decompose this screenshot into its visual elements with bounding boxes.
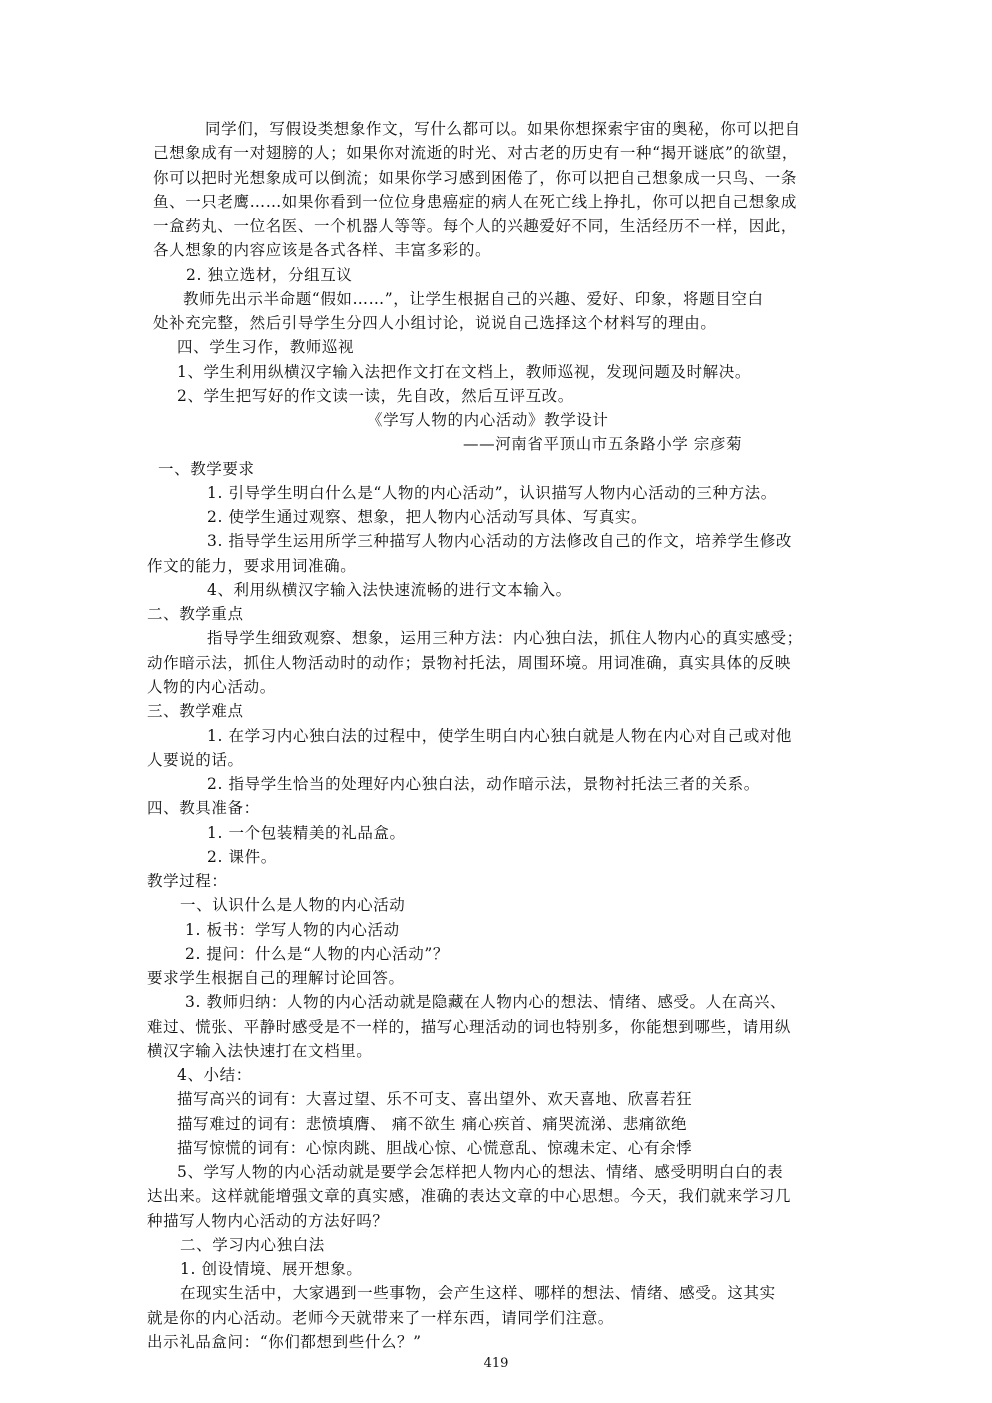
- text-line: 2. 提问：什么是“人物的内心活动”？: [185, 943, 449, 965]
- text-line: 人要说的话。: [147, 749, 244, 771]
- text-line: 1. 板书：学写人物的内心活动: [185, 919, 400, 941]
- text-line: 《学写人物的内心活动》教学设计: [367, 409, 609, 431]
- text-line: 要求学生根据自己的理解讨论回答。: [147, 967, 405, 989]
- text-line: 2、学生把写好的作文读一读，先自改，然后互评互改。: [177, 385, 574, 407]
- text-line: 四、教具准备：: [147, 797, 260, 819]
- text-line: 2. 指导学生恰当的处理好内心独白法，动作暗示法，景物衬托法三者的关系。: [207, 773, 760, 795]
- text-line: 教学过程：: [147, 870, 228, 892]
- text-line: 3. 指导学生运用所学三种描写人物内心活动的方法修改自己的作文，培养学生修改: [207, 530, 792, 552]
- text-line: 横汉字输入法快速打在文档里。: [147, 1040, 372, 1062]
- text-line: 描写难过的词有：悲愤填膺、 痛不欲生 痛心疾首、痛哭流涕、悲痛欲绝: [177, 1113, 687, 1135]
- text-line: 教师先出示半命题“假如……”，让学生根据自己的兴趣、爱好、印象，将题目空白: [183, 288, 764, 310]
- text-line: 指导学生细致观察、想象，运用三种方法：内心独白法，抓住人物内心的真实感受；: [207, 627, 803, 649]
- text-line: 处补充完整，然后引导学生分四人小组讨论，说说自己选择这个材料写的理由。: [153, 312, 717, 334]
- text-line: 同学们，写假设类想象作文，写什么都可以。如果你想探索宇宙的奥秘，你可以把自: [205, 118, 801, 140]
- text-line: 4、利用纵横汉字输入法快速流畅的进行文本输入。: [207, 579, 572, 601]
- text-line: 己想象成有一对翅膀的人；如果你对流逝的时光、对古老的历史有一种“揭开谜底”的欲望…: [153, 142, 798, 164]
- text-line: 1. 一个包装精美的礼品盒。: [207, 822, 406, 844]
- text-line: 在现实生活中，大家遇到一些事物，会产生这样、哪样的想法、情绪、感受。这其实: [180, 1282, 776, 1304]
- text-line: 1、学生利用纵横汉字输入法把作文打在文档上，教师巡视，发现问题及时解决。: [177, 361, 751, 383]
- text-line: 一盒药丸、一位名医、一个机器人等等。每个人的兴趣爱好不同，生活经历不一样，因此，: [153, 215, 797, 237]
- text-line: 一、认识什么是人物的内心活动: [180, 894, 405, 916]
- text-line: 人物的内心活动。: [147, 676, 276, 698]
- text-line: 4、小结：: [177, 1064, 252, 1086]
- text-line: 3. 教师归纳：人物的内心活动就是隐藏在人物内心的想法、情绪、感受。人在高兴、: [185, 991, 786, 1013]
- text-line: 动作暗示法，抓住人物活动时的动作；景物衬托法，周围环境。用词准确，真实具体的反映: [147, 652, 791, 674]
- text-line: 二、学习内心独白法: [180, 1234, 325, 1256]
- text-line: 一、教学要求: [158, 458, 255, 480]
- text-line: 各人想象的内容应该是各式各样、丰富多彩的。: [153, 239, 491, 261]
- text-line: 二、教学重点: [147, 603, 244, 625]
- text-line: 1. 引导学生明白什么是“人物的内心活动”，认识描写人物内心活动的三种方法。: [207, 482, 777, 504]
- text-line: 描写高兴的词有：大喜过望、乐不可支、喜出望外、欢天喜地、欣喜若狂: [177, 1088, 692, 1110]
- page-number: 419: [0, 1356, 992, 1371]
- text-line: 出示礼品盒问：“你们都想到些什么？”: [147, 1331, 422, 1353]
- text-line: 2. 课件。: [207, 846, 277, 868]
- text-line: 2. 使学生通过观察、想象，把人物内心活动写具体、写真实。: [207, 506, 647, 528]
- text-line: 三、教学难点: [147, 700, 244, 722]
- text-line: 作文的能力，要求用词准确。: [147, 555, 356, 577]
- text-line: 难过、慌张、平静时感受是不一样的，描写心理活动的词也特别多，你能想到哪些，请用纵: [147, 1016, 791, 1038]
- text-line: 达出来。这样就能增强文章的真实感，准确的表达文章的中心思想。今天，我们就来学习几: [147, 1185, 791, 1207]
- text-line: ——河南省平顶山市五条路小学 宗彦菊: [463, 433, 742, 455]
- text-line: 就是你的内心活动。老师今天就带来了一样东西，请同学们注意。: [147, 1307, 614, 1329]
- text-line: 你可以把时光想象成可以倒流；如果你学习感到困倦了，你可以把自己想象成一只鸟、一条: [153, 167, 797, 189]
- text-line: 5、学写人物的内心活动就是要学会怎样把人物内心的想法、情绪、感受明明白白的表: [177, 1161, 783, 1183]
- text-line: 鱼、一只老鹰……如果你看到一位位身患癌症的病人在死亡线上挣扎，你可以把自己想象成: [153, 191, 797, 213]
- text-line: 1. 在学习内心独白法的过程中，使学生明白内心独白就是人物在内心对自己或对他: [207, 725, 792, 747]
- text-line: 2. 独立选材，分组互议: [186, 264, 352, 286]
- text-line: 种描写人物内心活动的方法好吗？: [147, 1210, 389, 1232]
- text-line: 描写惊慌的词有：心惊肉跳、胆战心惊、心慌意乱、惊魂未定、心有余悸: [177, 1137, 692, 1159]
- text-line: 四、学生习作，教师巡视: [177, 336, 354, 358]
- text-line: 1. 创设情境、展开想象。: [180, 1258, 363, 1280]
